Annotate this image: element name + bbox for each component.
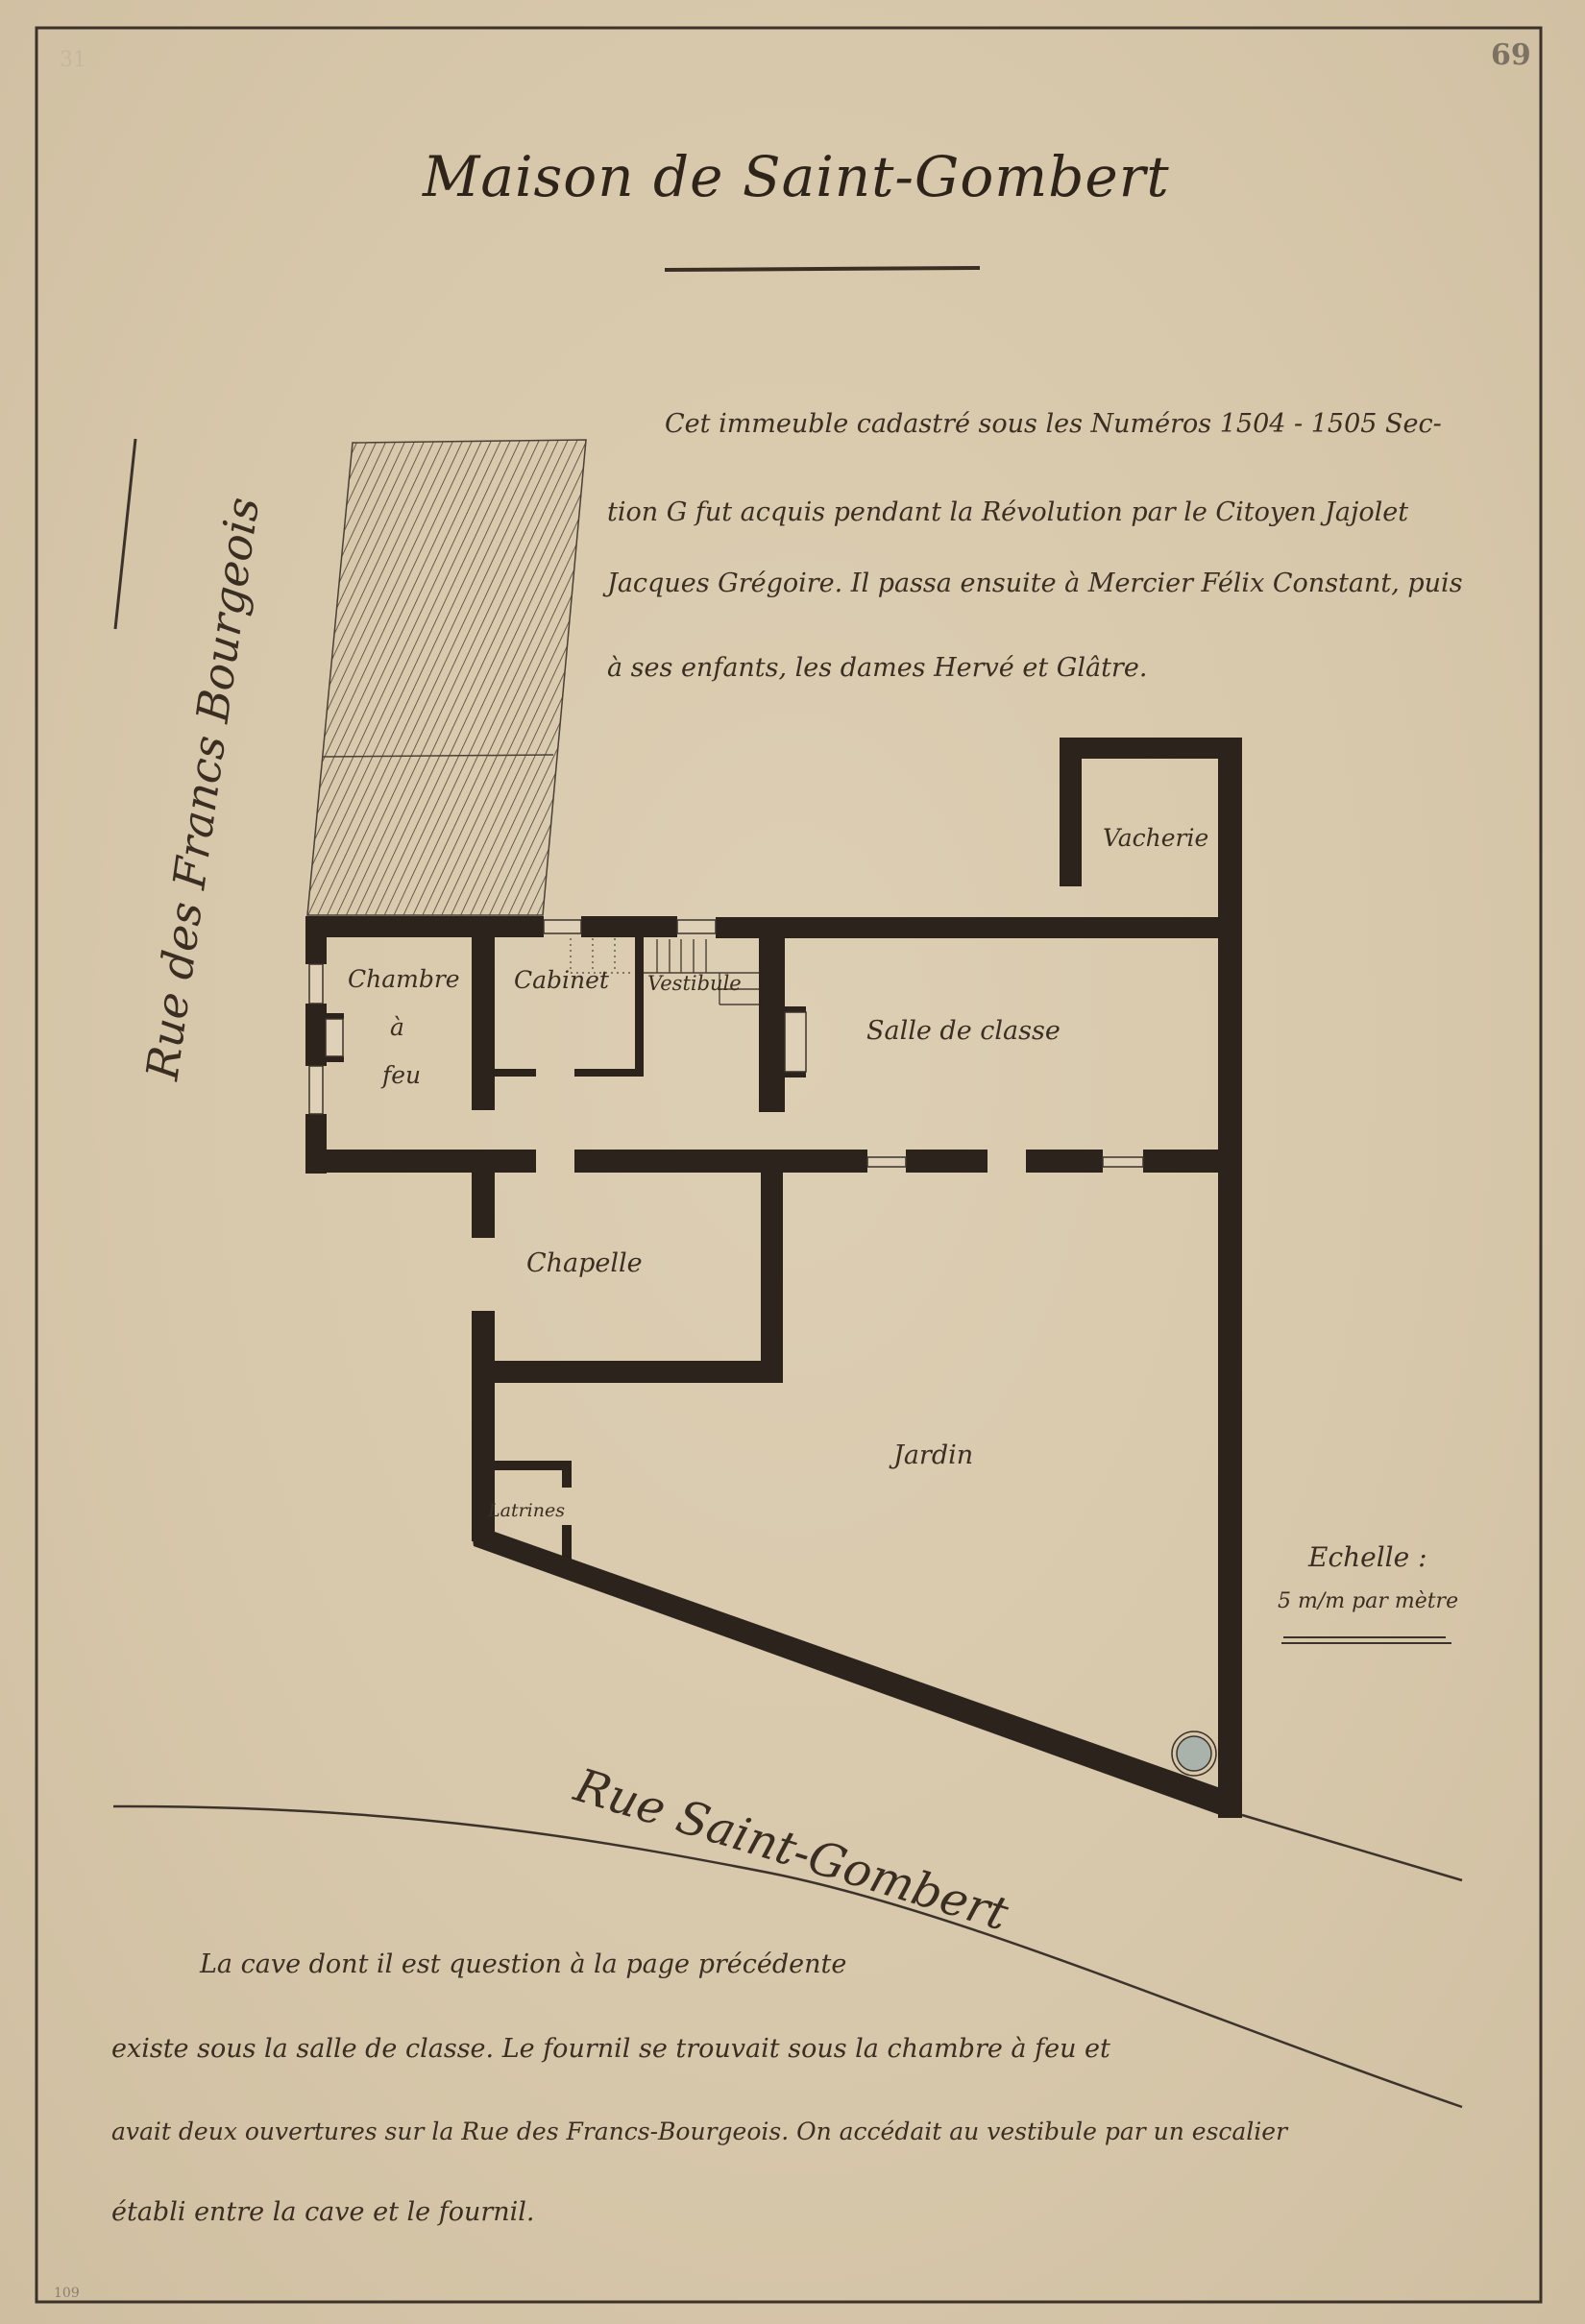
room-label-cabinet: Cabinet: [514, 966, 609, 994]
hatched-parcel: [307, 440, 586, 915]
description-line: tion G fut acquis pendant la Révolution …: [607, 497, 1408, 527]
page-title: Maison de Saint-Gombert: [423, 144, 1170, 209]
description-line: Jacques Grégoire. Il passa ensuite à Mer…: [607, 569, 1463, 598]
scale-label: Echelle :: [1308, 1541, 1427, 1573]
room-label-vacherie: Vacherie: [1103, 824, 1208, 852]
room-label-chapelle: Chapelle: [526, 1248, 643, 1278]
title-underline: [665, 268, 980, 270]
description-line: Cet immeuble cadastré sous les Numéros 1…: [665, 409, 1442, 439]
description-line: La cave dont il est question à la page p…: [200, 1949, 846, 1979]
room-label-chambre: Chambre: [348, 965, 460, 993]
description-line: avait deux ouvertures sur la Rue des Fra…: [111, 2118, 1287, 2145]
room-label-salle-de-classe: Salle de classe: [866, 1016, 1061, 1046]
room-label-vestibule: Vestibule: [647, 972, 742, 995]
footer-number: 109: [54, 2286, 80, 2301]
street-left-line: [115, 439, 135, 629]
description-line: existe sous la salle de classe. Le fourn…: [111, 2034, 1110, 2064]
room-label-a: à: [390, 1013, 404, 1041]
room-label-jardin: Jardin: [893, 1440, 973, 1470]
faint-page-number: 31: [60, 48, 86, 72]
description-line: établi entre la cave et le fournil.: [111, 2197, 535, 2227]
scale-value: 5 m/m par mètre: [1278, 1589, 1458, 1613]
description-line: à ses enfants, les dames Hervé et Glâtre…: [607, 653, 1147, 683]
well-icon: [1172, 1731, 1216, 1776]
room-label-latrines: Latrines: [488, 1500, 565, 1521]
room-label-feu: feu: [382, 1061, 421, 1089]
street-saint-gombert-upper-edge: [1242, 1815, 1462, 1880]
page-number: 69: [1491, 38, 1531, 72]
